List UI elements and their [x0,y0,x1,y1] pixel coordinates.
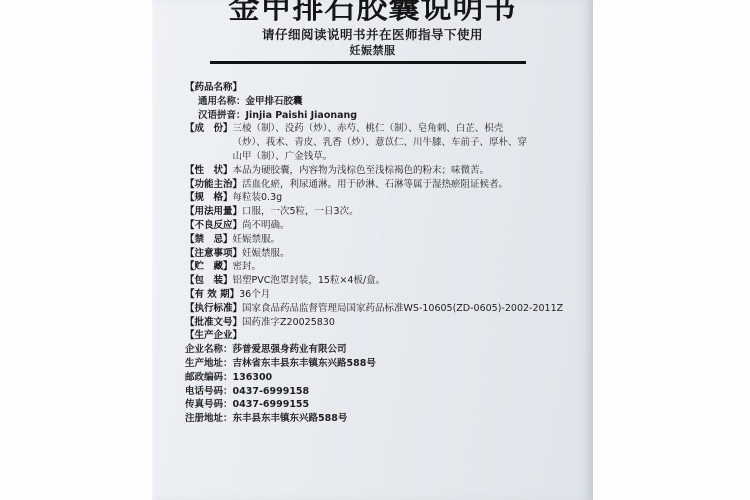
field-contraindications: 【禁 忌】 妊娠禁服。 [185,233,597,247]
field-fax: 传真号码：0437-6999155 [185,398,597,412]
leaflet-subtitle: 请仔细阅读说明书并在医师指导下使用 [152,25,593,43]
field-postcode: 邮政编码：136300 [185,371,597,385]
field-packaging: 【包 装】 铝塑PVC泡罩封装，15粒×4板/盒。 [185,274,597,288]
field-storage-value: 密封。 [233,260,597,274]
field-dosage-label: 【用法用量】 [185,205,242,219]
field-spec-value: 每粒装0.3g [233,191,597,205]
field-functions-value: 活血化瘀，利尿通淋。用于砂淋、石淋等属于湿热瘀阻证候者。 [242,178,597,192]
field-contraindications-label: 【禁 忌】 [185,233,233,247]
field-adverse-reactions: 【不良反应】 尚不明确。 [185,219,597,233]
field-drug-name-label: 【药品名称】 [185,81,242,95]
field-packaging-label: 【包 装】 [185,274,233,288]
field-validity-value: 36个月 [239,288,597,302]
field-properties-label: 【性 状】 [185,164,233,178]
field-dosage-value: 口服，一次5粒，一日3次。 [242,205,597,219]
field-contraindications-value: 妊娠禁服。 [233,233,597,247]
field-ingredients-label: 【成 份】 [185,122,233,136]
field-adverse-reactions-value: 尚不明确。 [242,219,597,233]
field-standard: 【执行标准】 国家食品药品监督管理局国家药品标准WS-10605(ZD-0605… [185,302,597,316]
field-address: 生产地址：吉林省东丰县东丰镇东兴路588号 [185,357,597,371]
field-pinyin: 汉语拼音：Jinjia Paishi Jiaonang [185,109,597,123]
field-validity-label: 【有 效 期】 [185,288,239,302]
field-adverse-reactions-label: 【不良反应】 [185,219,242,233]
field-functions: 【功能主治】 活血化瘀，利尿通淋。用于砂淋、石淋等属于湿热瘀阻证候者。 [185,178,597,192]
field-precautions-label: 【注意事项】 [185,247,242,261]
field-approval-number-label: 【批准文号】 [185,316,242,330]
leaflet-title: 金甲排石胶囊说明书 [152,0,593,27]
field-ingredients: 【成 份】 三棱（制）、没药（炒）、赤芍、桃仁（制）、皂角刺、白芷、枳壳（炒）、… [185,122,597,163]
field-packaging-value: 铝塑PVC泡罩封装，15粒×4板/盒。 [233,274,597,288]
field-manufacturer-label: 【生产企业】 [185,329,242,343]
field-functions-label: 【功能主治】 [185,178,242,192]
field-reg-address: 注册地址：东丰县东丰镇东兴路588号 [185,412,597,426]
header-divider [210,61,526,64]
leaflet-body: 【药品名称】 通用名称：金甲排石胶囊 汉语拼音：Jinjia Paishi Ji… [185,81,597,426]
field-phone: 电话号码：0437-6999158 [185,385,597,399]
field-properties: 【性 状】 本品为硬胶囊，内容物为浅棕色至浅棕褐色的粉末；味微苦。 [185,164,597,178]
field-generic-name: 通用名称：金甲排石胶囊 [185,95,597,109]
field-manufacturer: 【生产企业】 [185,329,597,343]
field-drug-name: 【药品名称】 [185,81,597,95]
leaflet-paper: 金甲排石胶囊说明书 请仔细阅读说明书并在医师指导下使用 妊娠禁服 【药品名称】 … [152,0,593,500]
field-storage: 【贮 藏】 密封。 [185,260,597,274]
field-properties-value: 本品为硬胶囊，内容物为浅棕色至浅棕褐色的粉末；味微苦。 [233,164,597,178]
field-storage-label: 【贮 藏】 [185,260,233,274]
field-dosage: 【用法用量】 口服，一次5粒，一日3次。 [185,205,597,219]
field-standard-label: 【执行标准】 [185,302,242,316]
field-standard-value: 国家食品药品监督管理局国家药品标准WS-10605(ZD-0605)-2002-… [242,302,597,316]
field-spec: 【规 格】 每粒装0.3g [185,191,597,205]
field-precautions: 【注意事项】 妊娠禁服。 [185,247,597,261]
field-approval-number: 【批准文号】 国药准字Z20025830 [185,316,597,330]
field-approval-number-value: 国药准字Z20025830 [242,316,597,330]
field-spec-label: 【规 格】 [185,191,233,205]
pregnancy-warning: 妊娠禁服 [152,42,593,58]
field-precautions-value: 妊娠禁服。 [242,247,597,261]
field-validity: 【有 效 期】 36个月 [185,288,597,302]
field-ingredients-value: 三棱（制）、没药（炒）、赤芍、桃仁（制）、皂角刺、白芷、枳壳（炒）、莪术、青皮、… [233,122,531,163]
field-company: 企业名称：莎普爱思强身药业有限公司 [185,343,597,357]
